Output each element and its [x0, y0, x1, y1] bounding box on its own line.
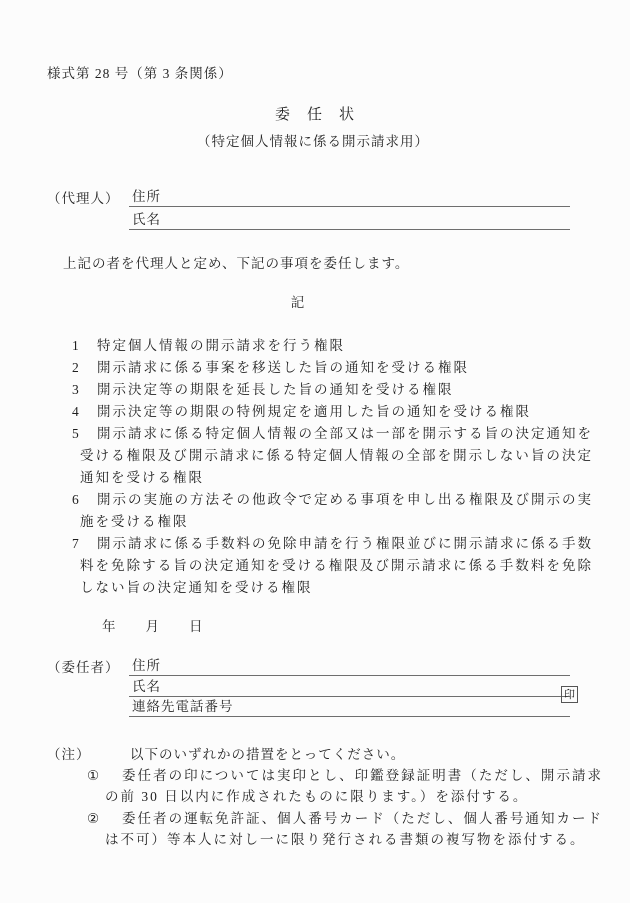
note-item: ①委任者の印については実印とし、印鑑登録証明書（ただし、開示請求の前 30 日以… — [47, 765, 603, 807]
principal-address-label: 住所 — [132, 654, 161, 675]
document-subtitle: （特定個人情報に係る開示請求用） — [0, 130, 626, 150]
principal-phone-label: 連絡先電話番号 — [132, 695, 234, 716]
note-intro: 以下のいずれかの措置をとってください。 — [130, 744, 405, 765]
principal-section: （委任者） 住所 氏名 印 連絡先電話番号 — [47, 656, 570, 717]
note-item: ②委任者の運転免許証、個人番号カード（ただし、個人番号通知カードは不可）等本人に… — [47, 808, 603, 850]
note-label: （注） — [47, 744, 130, 765]
note-number: ① — [87, 765, 122, 786]
principal-phone-underline: 連絡先電話番号 — [129, 697, 570, 717]
agent-address-label: 住所 — [132, 185, 161, 206]
agent-name-row: 氏名 — [47, 207, 570, 230]
agent-address-underline: 住所 — [129, 184, 570, 207]
principal-name-underline: 氏名 印 — [129, 676, 570, 696]
item-number: 7 — [72, 533, 97, 555]
principal-address-row: （委任者） 住所 — [47, 656, 570, 676]
principal-label: （委任者） — [47, 656, 129, 676]
item-number: 5 — [72, 423, 97, 445]
principal-name-row: 氏名 印 — [47, 676, 570, 696]
agent-section: （代理人） 住所 氏名 — [47, 184, 570, 230]
item-number: 2 — [72, 357, 97, 379]
note-text: 委任者の運転免許証、個人番号カード（ただし、個人番号通知カードは不可）等本人に対… — [105, 811, 603, 847]
item-number: 6 — [72, 489, 97, 511]
delegated-item: 7開示請求に係る手数料の免除申請を行う権限並びに開示請求に係る手数料を免除する旨… — [47, 533, 593, 599]
notes-section: （注） 以下のいずれかの措置をとってください。 ①委任者の印については実印とし、… — [47, 744, 603, 850]
delegated-item: 4開示決定等の期限の特例規定を適用した旨の通知を受ける権限 — [47, 401, 593, 423]
item-text: 開示請求に係る手数料の免除申請を行う権限並びに開示請求に係る手数料を免除する旨の… — [80, 536, 593, 595]
item-text: 開示請求に係る特定個人情報の全部又は一部を開示する旨の決定通知を受ける権限及び開… — [80, 426, 593, 485]
delegated-item: 2開示請求に係る事案を移送した旨の通知を受ける権限 — [47, 357, 593, 379]
form-number: 様式第 28 号（第 3 条関係） — [47, 62, 233, 82]
declaration-text: 上記の者を代理人と定め、下記の事項を委任します。 — [63, 252, 409, 272]
principal-phone-row: 連絡先電話番号 — [47, 697, 570, 717]
agent-label: （代理人） — [47, 184, 129, 207]
principal-address-underline: 住所 — [129, 656, 570, 676]
principal-label-spacer — [47, 676, 129, 696]
agent-label-spacer — [47, 207, 129, 230]
delegated-item: 6開示の実施の方法その他政令で定める事項を申し出る権限及び開示の実施を受ける権限 — [47, 489, 593, 533]
note-number: ② — [87, 808, 122, 829]
agent-address-row: （代理人） 住所 — [47, 184, 570, 207]
item-text: 開示の実施の方法その他政令で定める事項を申し出る権限及び開示の実施を受ける権限 — [80, 492, 593, 529]
item-text: 開示決定等の期限の特例規定を適用した旨の通知を受ける権限 — [97, 404, 531, 419]
delegated-item: 5開示請求に係る特定個人情報の全部又は一部を開示する旨の決定通知を受ける権限及び… — [47, 423, 593, 489]
list-heading: 記 — [0, 291, 596, 311]
item-number: 3 — [72, 379, 97, 401]
item-text: 開示決定等の期限を延長した旨の通知を受ける権限 — [97, 382, 454, 397]
agent-name-underline: 氏名 — [129, 207, 570, 230]
delegated-items-list: 1特定個人情報の開示請求を行う権限 2開示請求に係る事案を移送した旨の通知を受け… — [47, 335, 593, 599]
item-text: 開示請求に係る事案を移送した旨の通知を受ける権限 — [97, 360, 469, 375]
date-line: 年 月 日 — [102, 615, 204, 635]
document-title: 委 任 状 — [0, 103, 630, 124]
note-text: 委任者の印については実印とし、印鑑登録証明書（ただし、開示請求の前 30 日以内… — [105, 768, 603, 804]
principal-name-label: 氏名 — [132, 675, 161, 696]
delegated-item: 1特定個人情報の開示請求を行う権限 — [47, 335, 593, 357]
principal-label-spacer — [47, 697, 129, 717]
note-header: （注） 以下のいずれかの措置をとってください。 — [47, 744, 603, 765]
item-number: 4 — [72, 401, 97, 423]
document-page: 様式第 28 号（第 3 条関係） 委 任 状 （特定個人情報に係る開示請求用）… — [0, 0, 630, 903]
item-text: 特定個人情報の開示請求を行う権限 — [97, 338, 345, 353]
agent-name-label: 氏名 — [132, 208, 161, 229]
delegated-item: 3開示決定等の期限を延長した旨の通知を受ける権限 — [47, 379, 593, 401]
item-number: 1 — [72, 335, 97, 357]
